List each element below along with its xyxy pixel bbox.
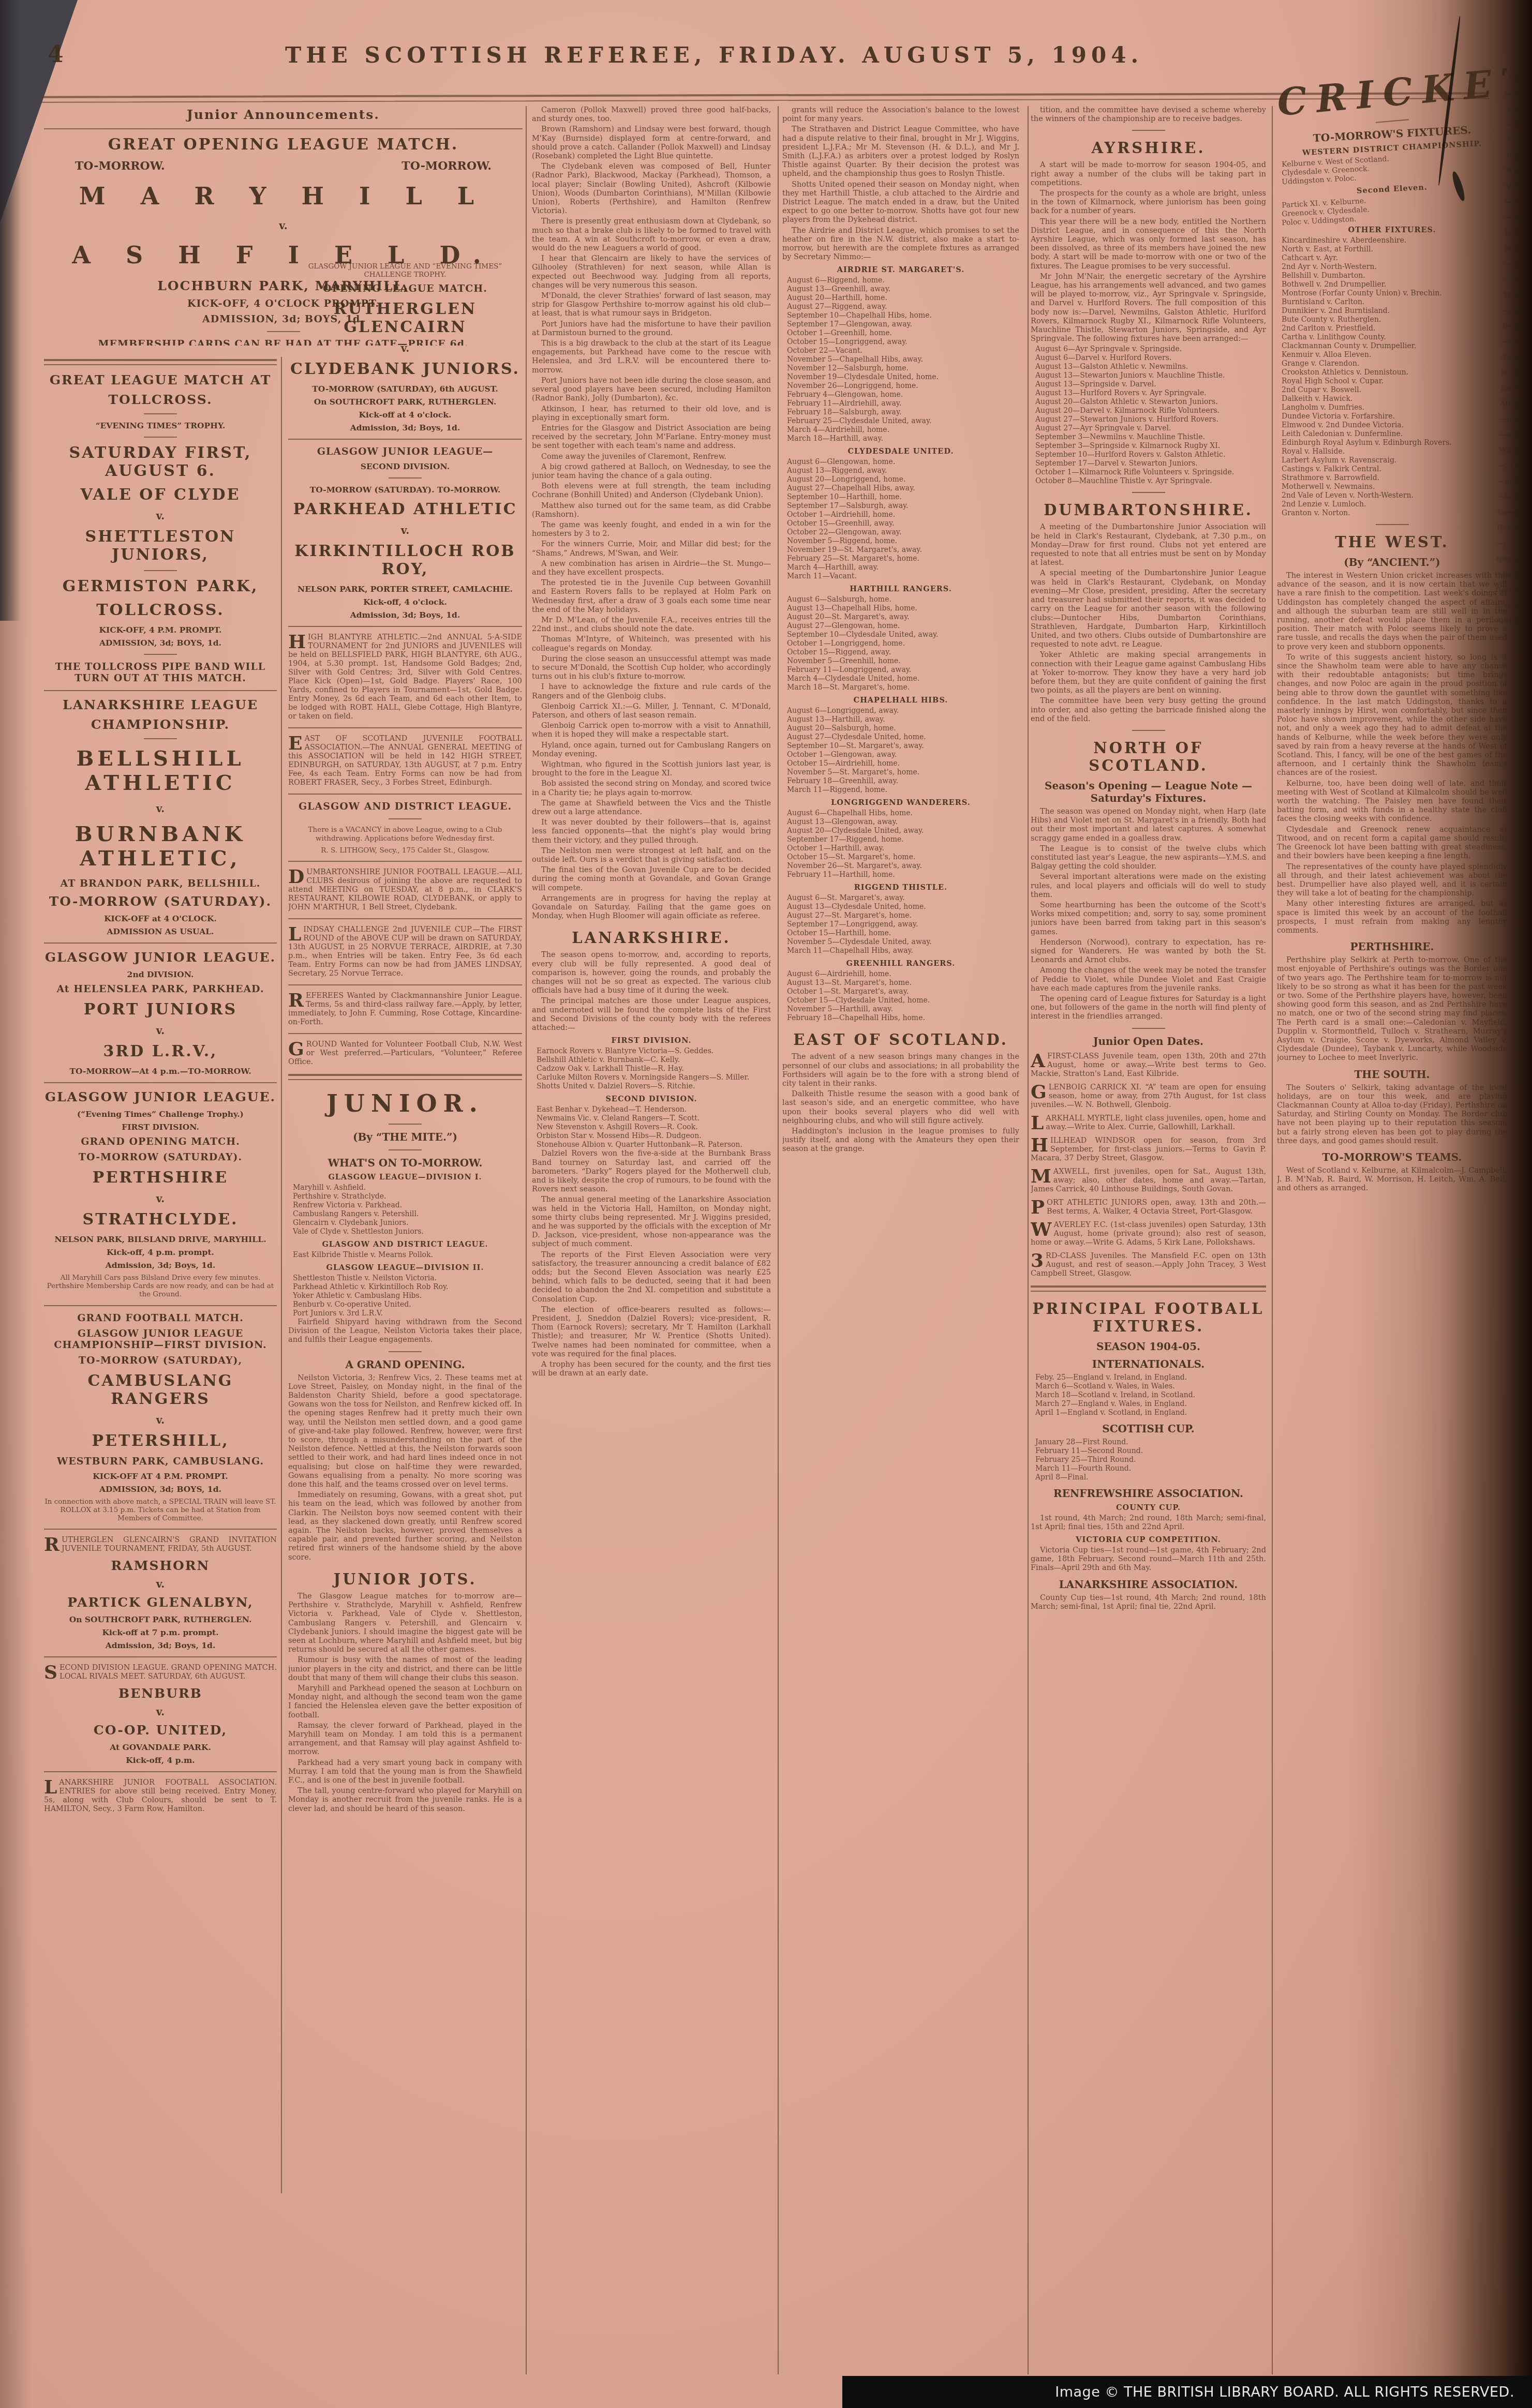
short-rule <box>389 1124 422 1125</box>
paragraph: It was never doubted by their followers—… <box>532 818 771 845</box>
paragraph: The advent of a new season brings many c… <box>782 1053 1019 1088</box>
paragraph: The game was keenly fought, and ended in… <box>532 521 771 539</box>
fixture-line: April 1—England v. Scotland, in England. <box>1031 1409 1266 1417</box>
ad-line: KICK-OFF AT 4 P.M. PROMPT. <box>44 1471 277 1481</box>
ad-line: Admission, 3d; Boys, 1d. <box>288 423 522 432</box>
classified-ad: DUMBARTONSHIRE JUNIOR FOOTBALL LEAGUE.—A… <box>288 868 522 912</box>
fixture-line: October 15—Harthill, home. <box>782 929 1019 938</box>
classified-ad: SECOND DIVISION LEAGUE. GRAND OPENING MA… <box>44 1664 277 1681</box>
fixture-line: Carluke Milton Rovers v. Morningside Ran… <box>532 1073 771 1082</box>
fixture-line: September 17—Riggend, home. <box>782 835 1019 844</box>
versus-mark: v. <box>44 1024 277 1037</box>
ad-headline: STRATHCLYDE. <box>44 1210 277 1229</box>
rule <box>44 1082 277 1083</box>
ad-line: FIRST DIVISION. <box>44 1122 277 1132</box>
notice-paragraph: R. S. LITHGOW, Secy., 175 Calder St., Gl… <box>288 846 522 855</box>
ad-line: GREAT LEAGUE MATCH AT <box>44 372 277 387</box>
short-rule <box>144 413 177 414</box>
section-heading: JUNIOR JOTS. <box>288 1571 522 1588</box>
paragraph: A start will be made to-morrow for seaso… <box>1031 161 1266 188</box>
fixture-line: Benburb v. Co-operative United. <box>288 1300 522 1309</box>
fixture-line: April 8—Final. <box>1031 1473 1266 1482</box>
ad-line: On SOUTHCROFT PARK, RUTHERGLEN. <box>44 1614 277 1624</box>
rule <box>44 1771 277 1772</box>
fixture-line: Bellshill Athletic v. Burnbank—C. Kelly. <box>532 1056 771 1065</box>
classified-ad: RUTHERGLEN GLENCAIRN'S GRAND INVITATION … <box>44 1536 277 1553</box>
list-heading: GLASGOW AND DISTRICT LEAGUE. <box>288 1240 522 1249</box>
fixture-line: November 5—Greenhill, home. <box>782 657 1019 666</box>
fixture-line: Feby. 25—England v. Ireland, in England. <box>1031 1373 1266 1382</box>
ad-line: TO-MORROW (SATURDAY). TO-MORROW. <box>288 485 522 495</box>
ad-line: TO-MORROW (SATURDAY), 6th AUGUST. <box>288 384 522 394</box>
paragraph: The Strathaven and District League Commi… <box>782 125 1019 178</box>
ad-line: ADMISSION, 3d; BOYS, 1d. <box>44 638 277 648</box>
ad-headline: PETERSHILL, <box>44 1432 277 1450</box>
versus-mark: v. <box>44 510 277 522</box>
rule <box>288 1033 522 1034</box>
fixture-line: February 11—Airdriehill, away. <box>782 399 1019 408</box>
ad-headline: KIRKINTILLOCH ROB ROY, <box>288 542 522 578</box>
fixture-line: August 6—Ayr Springvale v. Springside. <box>1031 345 1266 354</box>
paragraph: I hear that Glencairn are likely to have… <box>532 255 771 290</box>
sub-heading: WHAT'S ON TO-MORROW. <box>288 1157 522 1169</box>
fixture-line: August 27—St. Margaret's, home. <box>782 911 1019 920</box>
list-heading: HARTHILL RANGERS. <box>782 585 1019 593</box>
classified-ad: 3RD-CLASS Juveniles. The Mansfield F.C. … <box>1031 1252 1266 1278</box>
ad-line: Admission, 3d; Boys, 1d. <box>44 1640 277 1650</box>
fixture-line: October 15—Greenhill, away. <box>782 519 1019 528</box>
newspaper-scan: 4 THE SCOTTISH REFEREE, FRIDAY. AUGUST 5… <box>0 0 1532 2408</box>
fixture-line: March 18—Scotland v. Ireland, in Scotlan… <box>1031 1391 1266 1400</box>
short-rule <box>144 437 177 438</box>
versus-mark: v. <box>288 342 522 354</box>
short-rule <box>1132 730 1165 731</box>
ad-line: 2nd DIVISION. <box>44 969 277 979</box>
ad-line: GRAND OPENING MATCH. <box>44 1136 277 1147</box>
fixture-line: August 20—St. Margaret's, away. <box>782 613 1019 622</box>
rule <box>288 918 522 919</box>
ad-line: GLASGOW AND DISTRICT LEAGUE. <box>288 801 522 812</box>
list-heading: VICTORIA CUP COMPETITION. <box>1031 1535 1266 1544</box>
paragraph: A big crowd gathered at Balloch, on Wedn… <box>532 463 771 481</box>
classified-ad: GROUND Wanted for Volunteer Football Clu… <box>288 1040 522 1067</box>
fixture-line: February 25—Third Round. <box>1031 1456 1266 1464</box>
paragraph: The Clydebank eleven was composed of Bel… <box>532 162 771 216</box>
fixture-line: February 18—Salsburgh, away. <box>782 408 1019 417</box>
paragraph: Mr D. M'Lean, of the Juvenile F.A., rece… <box>532 616 771 634</box>
list-heading: RIGGEND THISTLE. <box>782 883 1019 892</box>
paragraph: Among the changes of the week may be not… <box>1031 966 1266 993</box>
fixture-line: February 18—Greenhill, away. <box>782 777 1019 786</box>
paragraph: The Neilston men were strongest at left … <box>532 847 771 864</box>
fixture-line: Orbiston Star v. Mossend Hibs—R. Dudgeon… <box>532 1132 771 1141</box>
ad-line: GLASGOW JUNIOR LEAGUE. <box>44 950 277 965</box>
ad-line: NELSON PARK, PORTER STREET, CAMLACHIE. <box>288 584 522 594</box>
ad-line: GLASGOW JUNIOR LEAGUE. <box>44 1089 277 1104</box>
paragraph: 1st round, 4th March; 2nd round, 18th Ma… <box>1031 1514 1266 1532</box>
fixture-line: August 6—Airdriehill, home. <box>782 970 1019 979</box>
ad-headline: VALE OF CLYDE <box>44 486 277 504</box>
short-rule <box>389 818 422 819</box>
notice-paragraph: GLASGOW JUNIOR LEAGUE AND “EVENING TIMES… <box>288 262 522 279</box>
fixture-line: September 10—Harthill, home. <box>782 493 1019 502</box>
section-heading: DUMBARTONSHIRE. <box>1031 501 1266 519</box>
fixture-line: East Benhar v. Dykehead—T. Henderson. <box>532 1105 771 1114</box>
fixture-line: August 6—Chapelhall Hibs, home. <box>782 809 1019 818</box>
paragraph: This is a big drawback to the club at th… <box>532 339 771 375</box>
fixture-line: August 20—Clydesdale United, away. <box>782 827 1019 835</box>
list-heading: GLASGOW LEAGUE—DIVISION II. <box>288 1263 522 1272</box>
sub-heading: Season's Opening — League Note — Saturda… <box>1031 780 1266 804</box>
list-heading: LONGRIGGEND WANDERERS. <box>782 798 1019 807</box>
paragraph: M'Donald, the clever Strathies' forward … <box>532 292 771 319</box>
paragraph: The protested tie in the Juvenile Cup be… <box>532 579 771 615</box>
ad-line: PARTICK GLENALBYN, <box>44 1595 277 1610</box>
fixture-line: August 13—Stewarton Juniors v. Mauchline… <box>1031 371 1266 380</box>
masthead-title: THE SCOTTISH REFEREE, FRIDAY. AUGUST 5, … <box>0 42 1428 68</box>
versus-mark: v. <box>44 1706 277 1718</box>
paragraph: The opening card of League fixtures for … <box>1031 995 1266 1022</box>
fixture-line: January 28—First Round. <box>1031 1438 1266 1447</box>
paragraph: Entries for the Glasgow and District Ass… <box>532 424 771 451</box>
ad-line: Admission, 3d; Boys, 1d. <box>44 1260 277 1270</box>
fixtures-column: grants will reduce the Association's bal… <box>782 106 1019 2392</box>
list-heading: SECOND DIVISION. <box>532 1095 771 1103</box>
short-rule <box>1132 492 1165 493</box>
paragraph: The season was opened on Monday night, w… <box>1031 807 1266 843</box>
fixture-line: Perthshire v. Strathclyde. <box>288 1192 522 1201</box>
fixture-line: August 13—St. Margaret's, home. <box>782 979 1019 988</box>
column-rule <box>1272 106 1273 2374</box>
announcements-column-right: GLASGOW JUNIOR LEAGUE AND “EVENING TIMES… <box>288 259 522 2385</box>
fixture-line: February 25—St. Margaret's, home. <box>782 555 1019 563</box>
classified-ad: LINDSAY CHALLENGE 2nd JUVENILE CUP.—The … <box>288 925 522 978</box>
versus-mark: v. <box>44 1192 277 1205</box>
ad-headline: M A R Y H I L L <box>44 182 523 210</box>
fixture-line: August 6—Riggend, home. <box>782 276 1019 285</box>
paragraph: The principal matches are those under Le… <box>532 997 771 1033</box>
section-heading: EAST OF SCOTLAND. <box>782 1031 1019 1049</box>
paragraph: The election of office-bearers resulted … <box>532 1306 771 1359</box>
fixture-line: August 13—Hurlford Rovers v. Ayr Springv… <box>1031 389 1266 398</box>
fixture-line: Shettleston Thistle v. Neilston Victoria… <box>288 1274 522 1283</box>
paragraph: Immediately on resuming, Gowans, with a … <box>288 1491 522 1562</box>
fixture-line: New Stevenston v. Ashgill Rovers—R. Cook… <box>532 1123 771 1132</box>
ad-line: NELSON PARK, BILSLAND DRIVE, MARYHILL. <box>44 1234 277 1244</box>
fixture-line: August 13—Galston Athletic v. Newmilns. <box>1031 363 1266 371</box>
sub-heading: LANARKSHIRE ASSOCIATION. <box>1031 1578 1266 1591</box>
classified-ad: LANARKSHIRE JUNIOR FOOTBALL ASSOCIATION.… <box>44 1778 277 1814</box>
classified-ad: HILLHEAD WINDSOR open for season, from 3… <box>1031 1136 1266 1163</box>
classified-ad: PORT ATHLETIC JUNIORS open, away, 13th a… <box>1031 1199 1266 1216</box>
rule <box>44 943 277 944</box>
paragraph: The tall, young centre-forward who playe… <box>288 1787 522 1814</box>
rule <box>288 626 522 627</box>
fixture-line: September 10—Clydesdale United, away. <box>782 631 1019 639</box>
paragraph: Ramsay, the clever forward of Parkhead, … <box>288 1722 522 1757</box>
rule <box>288 984 522 985</box>
fixture-line: August 13—Glengowan, away. <box>782 818 1019 827</box>
ad-line: Kick-off at 7 p.m. prompt. <box>44 1627 277 1637</box>
fixture-line: November 26—St. Margaret's, away. <box>782 862 1019 871</box>
section-heading: NORTH OF SCOTLAND. <box>1031 739 1266 774</box>
paragraph: For the winners Currie, Moir, and Millar… <box>532 540 771 558</box>
paragraph: Several important alterations were made … <box>1031 873 1266 900</box>
paragraph: There is presently great enthusiasm down… <box>532 217 771 253</box>
fixture-line: November 5—Harthill, away. <box>782 1005 1019 1014</box>
ad-line: ADMISSION AS USUAL. <box>44 926 277 936</box>
fixture-line: September 17—Glengowan, away. <box>782 320 1019 329</box>
fixture-line: August 27—Clydesdale United, home. <box>782 733 1019 742</box>
ad-line: TO-MORROW—At 4 p.m.—TO-MORROW. <box>44 1066 277 1076</box>
fixture-line: October 1—St. Margaret's, away. <box>782 988 1019 996</box>
paragraph: Port Juniors have had the misfortune to … <box>532 320 771 338</box>
classified-ad: HIGH BLANTYRE ATHLETIC.—2nd ANNUAL 5-A-S… <box>288 633 522 721</box>
fixture-line: September 10—Hurlford Rovers v. Galston … <box>1031 451 1266 459</box>
ad-headline: SHETTLESTON JUNIORS, <box>44 528 277 564</box>
paragraph: Haddington's inclusion in the league pro… <box>782 1127 1019 1154</box>
sub-heading: (By “THE MITE.”) <box>288 1131 522 1143</box>
classified-ad: EAST OF SCOTLAND JUVENILE FOOTBALL ASSOC… <box>288 735 522 787</box>
ad-line: (“Evening Times” Challenge Trophy.) <box>44 1109 277 1119</box>
ad-line: At HELENSLEA PARK, PARKHEAD. <box>44 983 277 995</box>
short-rule <box>389 1351 422 1352</box>
paragraph: A new combination has arisen in Airdrie—… <box>532 560 771 577</box>
fixture-line: November 5—St. Margaret's, home. <box>782 768 1019 777</box>
paragraph: Glenboig Carrick XI.:—G. Miller, J. Tenn… <box>532 702 771 720</box>
fixture-line: November 12—Salsburgh, home. <box>782 364 1019 373</box>
page-edge-shadow-left <box>0 0 21 621</box>
fixture-line: August 6—Longriggend, away. <box>782 707 1019 715</box>
column-rule <box>281 357 282 2193</box>
paragraph: During the close season an unsuccessful … <box>532 655 771 682</box>
section-heading: PRINCIPAL FOOTBALL FIXTURES. <box>1031 1300 1266 1335</box>
short-rule <box>144 654 177 655</box>
county-news-column: tition, and the committee have devised a… <box>1031 106 1266 2392</box>
paragraph: Maryhill and Parkhead opened the season … <box>288 1684 522 1720</box>
column-rule <box>526 106 527 2374</box>
announcements-column-left: GREAT LEAGUE MATCH ATTOLLCROSS.“EVENING … <box>44 352 277 2193</box>
fixture-line: November 26—Longriggend, home. <box>782 382 1019 391</box>
duo-left: TO-MORROW. <box>75 159 165 173</box>
fixture-line: East Kilbride Thistle v. Mearns Pollok. <box>288 1251 522 1260</box>
fixture-line: October 15—Riggend, away. <box>782 648 1019 657</box>
sub-heading: SEASON 1904-05. <box>1031 1340 1266 1353</box>
paragraph: Glenboig Carrick open to-morrow with a v… <box>532 722 771 739</box>
versus-mark: v. <box>44 1578 277 1590</box>
fixture-line: October 15—Clydesdale United, home. <box>782 996 1019 1005</box>
duo-line: TO-MORROW.TO-MORROW. <box>44 159 523 173</box>
column-rule <box>778 106 779 2374</box>
paragraph: tition, and the committee have devised a… <box>1031 106 1266 124</box>
column-rule <box>1028 106 1029 2374</box>
paragraph: Bob assisted the second string on Monday… <box>532 780 771 797</box>
paragraph: I have to acknowledge the fixture and ru… <box>532 683 771 700</box>
fixture-line: November 19—Clydesdale United, home. <box>782 373 1019 382</box>
fixture-line: August 20—Harthill, home. <box>782 294 1019 303</box>
paragraph: Henderson (Norwood), contrary to expecta… <box>1031 938 1266 965</box>
section-title: JUNIOR. <box>288 1089 522 1117</box>
rule <box>288 794 522 795</box>
double-rule <box>44 359 277 365</box>
paragraph: Both elevens were at full strength, the … <box>532 482 771 500</box>
paragraph: Victoria Cup ties—1st round—1st game, 4t… <box>1031 1546 1266 1573</box>
short-rule <box>389 477 422 478</box>
paragraph: The prospects for the county as a whole … <box>1031 189 1266 216</box>
fixture-line: September 17—Longriggend, away. <box>782 920 1019 929</box>
fixture-line: August 13—Harthill, away. <box>782 715 1019 724</box>
ad-line: On SOUTHCROFT PARK, RUTHERGLEN. <box>288 397 522 407</box>
fixture-line: Renfrew Victoria v. Parkhead. <box>288 1201 522 1210</box>
fixture-line: September 3—Newmilns v. Mauchline Thistl… <box>1031 433 1266 442</box>
rule <box>288 861 522 862</box>
list-heading: CLYDESDALE UNITED. <box>782 447 1019 456</box>
fixture-line: Newmains Vic. v. Cleland Rangers—T. Scot… <box>532 1114 771 1123</box>
fixture-line: Earnock Rovers v. Blantyre Victoria—S. G… <box>532 1047 771 1056</box>
fixture-line: Vale of Clyde v. Shettleston Juniors. <box>288 1228 522 1236</box>
fixture-line: October 1—Harthill, away. <box>782 844 1019 853</box>
gutter-shadow <box>1413 0 1532 2408</box>
short-rule <box>144 570 177 571</box>
fixture-line: March 6—Scotland v. Wales, in Wales. <box>1031 1382 1266 1391</box>
fixture-line: October 1—Kilmarnock Rifle Volunteers v.… <box>1031 468 1266 477</box>
fixture-line: March 11—Riggend, home. <box>782 786 1019 795</box>
fixture-line: August 13—Chapelhall Hibs, home. <box>782 604 1019 613</box>
fixture-line: August 13—Clydesdale United, home. <box>782 903 1019 911</box>
fixture-line: October 1—Longriggend, home. <box>782 639 1019 648</box>
ad-line: At GOVANDALE PARK. <box>44 1742 277 1752</box>
section-heading: AYRSHIRE. <box>1031 139 1266 157</box>
list-heading: GLASGOW LEAGUE—DIVISION I. <box>288 1173 522 1181</box>
ad-line: THE TOLLCROSS PIPE BAND WILL TURN OUT AT… <box>44 661 277 684</box>
fixture-line: August 27—Riggend, away. <box>782 303 1019 311</box>
ad-headline: BURNBANK ATHLETIC, <box>44 822 277 871</box>
fixture-line: Cambuslang Rangers v. Petershill. <box>288 1210 522 1219</box>
notice-paragraph: There is a VACANCY in above League, owin… <box>288 826 522 842</box>
classified-ad: GLENBOIG CARRICK XI. “A” team are open f… <box>1031 1083 1266 1110</box>
fixture-line: February 11—Harthill, home. <box>782 871 1019 879</box>
fixture-line: Parkhead Athletic v. Kirkintilloch Rob R… <box>288 1283 522 1292</box>
fixture-line: August 13—Springside v. Darvel. <box>1031 380 1266 389</box>
fixture-line: September 17—Darvel v. Stewarton Juniors… <box>1031 459 1266 468</box>
classified-ad: REFEREES Wanted by Clackmannanshire Juni… <box>288 992 522 1027</box>
paragraph: Thomas M'Intyre, of Whiteinch, was prese… <box>532 635 771 653</box>
rule <box>44 1529 277 1530</box>
ad-headline: GREAT OPENING LEAGUE MATCH. <box>44 136 523 154</box>
fixture-line: August 20—Longriggend, home. <box>782 475 1019 484</box>
rule <box>288 727 522 728</box>
fixture-line: February 25—Clydesdale United, away. <box>782 417 1019 426</box>
sub-heading: A GRAND OPENING. <box>288 1358 522 1371</box>
paragraph: The final ties of the Govan Juvenile Cup… <box>532 866 771 893</box>
paragraph: The Airdrie and District League, which p… <box>782 227 1019 262</box>
fixture-line: Stonehouse Albion v. Quarter Huttonbank—… <box>532 1141 771 1149</box>
paragraph: A trophy has been secured for the county… <box>532 1360 771 1378</box>
ad-line: CO-OP. UNITED, <box>44 1723 277 1738</box>
ad-line: LANARKSHIRE LEAGUE <box>44 697 277 712</box>
fixture-line: August 6—Glengowan, home. <box>782 458 1019 467</box>
fixture-line: March 11—Fourth Round. <box>1031 1464 1266 1473</box>
ad-line: CHAMPIONSHIP. <box>44 717 277 732</box>
ad-line: RAMSHORN <box>44 1558 277 1573</box>
paragraph: The Glasgow League matches for to-morrow… <box>288 1592 522 1654</box>
fixture-line: November 5—Chapelhall Hibs, away. <box>782 355 1019 364</box>
paragraph: Neilston Victoria, 3; Renfrew Vics, 2. T… <box>288 1374 522 1490</box>
rule <box>44 1656 277 1657</box>
ad-line: Kick-off, 4 p.m. prompt. <box>44 1247 277 1257</box>
paragraph: This year there will be a new body, enti… <box>1031 218 1266 271</box>
paragraph: Arrangements are in progress for having … <box>532 894 771 921</box>
fixture-line: Yoker Athletic v. Cambuslang Hibs. <box>288 1292 522 1300</box>
fixture-line: October 15—St. Margaret's, home. <box>782 853 1019 862</box>
fixture-line: November 19—St. Margaret's, away. <box>782 546 1019 555</box>
fixture-line: March 11—Chapelhall Hibs, away. <box>782 947 1019 955</box>
list-heading: AIRDRIE ST. MARGARET'S. <box>782 265 1019 274</box>
paragraph: The season opens to-morrow, and, accordi… <box>532 951 771 995</box>
ad-line: GRAND FOOTBALL MATCH. <box>44 1312 277 1324</box>
paragraph: Atkinson, I hear, has returned to their … <box>532 405 771 423</box>
fixture-line: October 15—Airdriehill, home. <box>782 759 1019 768</box>
paragraph: The committee have been very busy gettin… <box>1031 697 1266 724</box>
list-heading: FIRST DIVISION. <box>532 1036 771 1045</box>
paragraph: Wightman, who figured in the Scottish ju… <box>532 760 771 778</box>
ad-headline: TOLLCROSS. <box>44 601 277 619</box>
list-heading: GREENHILL RANGERS. <box>782 959 1019 968</box>
ad-line: Kick-off, 4 o'clock. <box>288 597 522 607</box>
fixture-line: February 4—Glengowan, home. <box>782 391 1019 399</box>
fixture-line: October 8—Mauchline Thistle v. Ayr Sprin… <box>1031 477 1266 486</box>
list-heading: CHAPELHALL HIBS. <box>782 696 1019 705</box>
ad-line: BENBURB <box>44 1686 277 1701</box>
paragraph: Yoker Athletic are making special arrang… <box>1031 651 1266 695</box>
ad-headline: PORT JUNIORS <box>44 1000 277 1019</box>
fixture-line: Glencairn v. Clydebank Juniors. <box>288 1219 522 1228</box>
versus-mark: v. <box>44 802 277 815</box>
ad-line: WESTBURN PARK, CAMBUSLANG. <box>44 1456 277 1467</box>
duo-right: TO-MORROW. <box>401 159 492 173</box>
section-heading: LANARKSHIRE. <box>532 929 771 947</box>
list-heading: COUNTY CUP. <box>1031 1503 1266 1512</box>
ad-line: TO-MORROW (SATURDAY). <box>44 1151 277 1163</box>
fixture-line: August 20—Salsburgh, home. <box>782 724 1019 733</box>
fixture-line: March 11—Vacant. <box>782 572 1019 581</box>
versus-mark: v. <box>44 1414 277 1426</box>
fixture-line: Cadzow Oak v. Larkhall Thistle—R. Hay. <box>532 1065 771 1073</box>
ad-line: KICK-OFF, 4 P.M. PROMPT. <box>44 625 277 635</box>
classified-ad: LARKHALL MYRTLE, light class juveniles, … <box>1031 1114 1266 1132</box>
paragraph: A special meeting of the Dumbartonshire … <box>1031 569 1266 649</box>
fixture-line: August 6—St. Margaret's, away. <box>782 894 1019 903</box>
short-rule <box>389 1149 422 1150</box>
paragraph: grants will reduce the Association's bal… <box>782 106 1019 124</box>
fixture-line: October 15—Longriggend, away. <box>782 338 1019 347</box>
ad-line: AT BRANDON PARK, BELLSHILL. <box>44 878 277 889</box>
fixture-line: October 22—Vacant. <box>782 347 1019 355</box>
short-rule <box>1132 1028 1165 1029</box>
short-rule <box>1132 130 1165 131</box>
double-rule <box>288 1074 522 1080</box>
fixture-line: Maryhill v. Ashfield. <box>288 1184 522 1192</box>
fixture-line: August 20—Darvel v. Kilmarnock Rifle Vol… <box>1031 407 1266 415</box>
rule <box>288 439 522 440</box>
fixture-line: March 18—Harthill, away. <box>782 435 1019 443</box>
paragraph: Cameron (Pollok Maxwell) proved three go… <box>532 106 771 124</box>
fixture-line: March 18—St. Margaret's, home. <box>782 683 1019 692</box>
paragraph: Brown (Ramshorn) and Lindsay were best f… <box>532 125 771 161</box>
fixture-line: August 27—Ayr Springvale v. Darvel. <box>1031 424 1266 433</box>
ad-line: Junior Announcements. <box>44 107 523 122</box>
paragraph: Parkhead had a very smart young back in … <box>288 1759 522 1786</box>
